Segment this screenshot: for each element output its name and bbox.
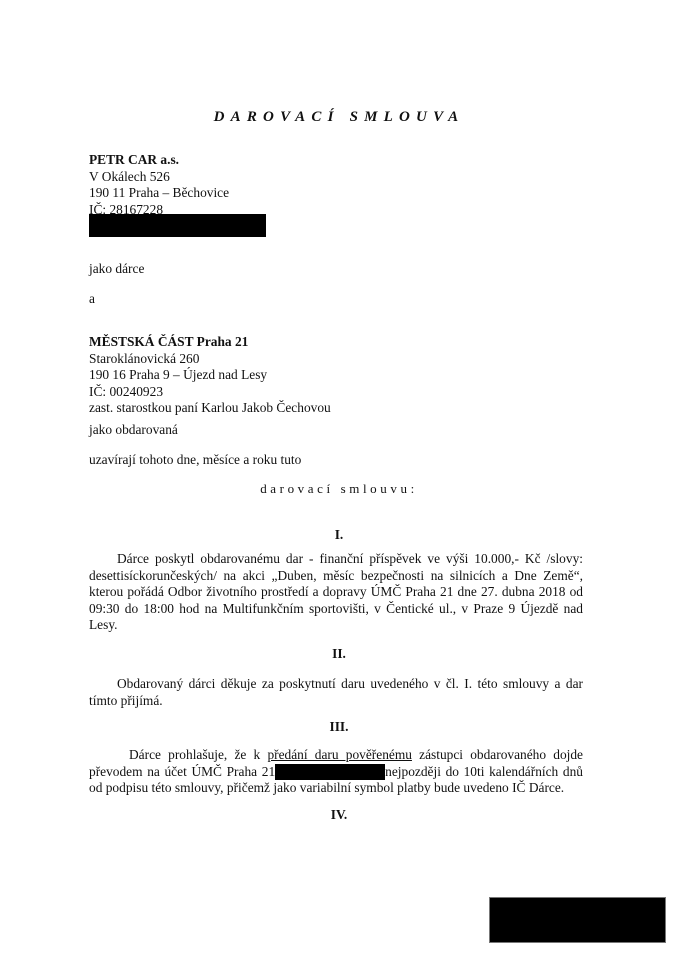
section-text: Dárce prohlašuje, že k předání daru pově… [89, 747, 583, 797]
section-2-text: Obdarovaný dárci děkuje za poskytnutí da… [89, 676, 583, 708]
recipient-ic: IČ: 00240923 [89, 384, 331, 401]
section-number: III. [0, 719, 678, 735]
section-text: Dárce poskytl obdarovanému dar - finančn… [89, 551, 583, 634]
donor-city: 190 11 Praha – Běchovice [89, 185, 229, 202]
contract-label: darovací smlouvu: [0, 481, 678, 497]
donor-role: jako dárce [89, 261, 144, 277]
section-text: Obdarovaný dárci děkuje za poskytnutí da… [89, 676, 583, 709]
recipient-name: MĚSTSKÁ ČÁST Praha 21 [89, 334, 331, 351]
recipient-street: Staroklánovická 260 [89, 351, 331, 368]
section-number: I. [0, 527, 678, 543]
intro-text: uzavírají tohoto dne, měsíce a roku tuto [89, 452, 301, 468]
section-3-text-underlined: předání daru pověřenému [267, 747, 412, 762]
section-number: II. [0, 646, 678, 662]
section-1-text: Dárce poskytl obdarovanému dar - finančn… [89, 551, 583, 632]
redaction-box [89, 214, 266, 237]
recipient-block: MĚSTSKÁ ČÁST Praha 21 Staroklánovická 26… [89, 334, 331, 417]
section-number: IV. [0, 807, 678, 823]
donor-street: V Okálech 526 [89, 169, 229, 186]
recipient-city: 190 16 Praha 9 – Újezd nad Lesy [89, 367, 331, 384]
recipient-representative: zast. starostkou paní Karlou Jakob Čecho… [89, 400, 331, 417]
redaction-box [275, 764, 385, 780]
recipient-role: jako obdarovaná [89, 422, 178, 438]
conjunction: a [89, 291, 95, 307]
donor-block: PETR CAR a.s. V Okálech 526 190 11 Praha… [89, 152, 229, 218]
donor-name: PETR CAR a.s. [89, 152, 229, 169]
redaction-box [489, 897, 666, 943]
document-title: DAROVACÍ SMLOUVA [0, 109, 678, 126]
section-3-text-part1: Dárce prohlašuje, že k [129, 747, 267, 762]
